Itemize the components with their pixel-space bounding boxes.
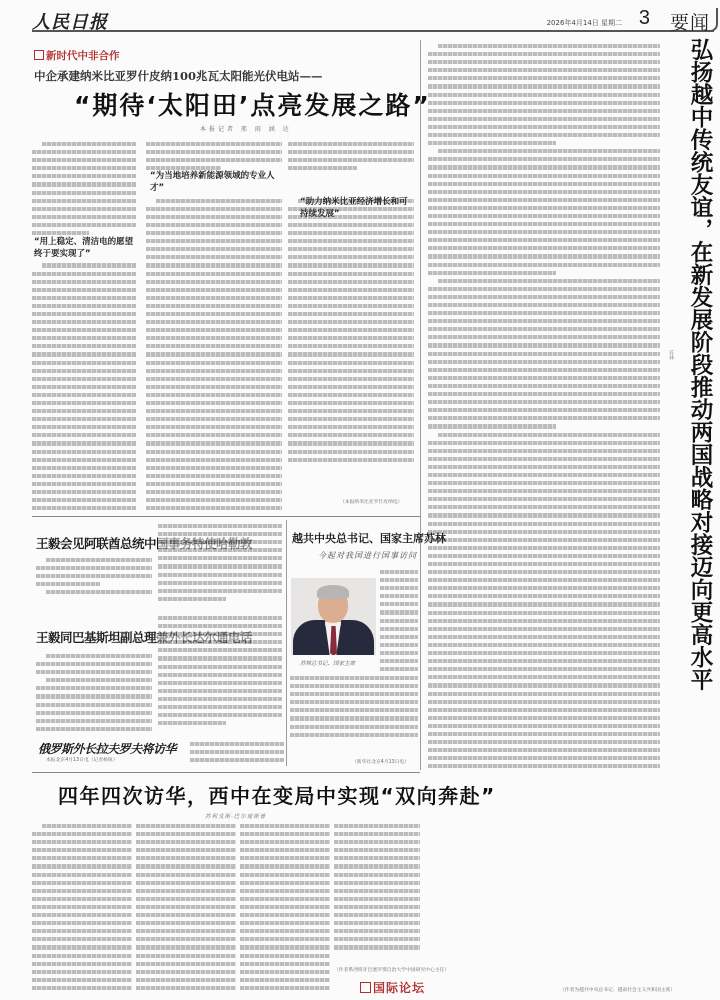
- brief-body-2: [36, 652, 152, 736]
- bio-body: [380, 568, 418, 678]
- issue-date: 2026年4月14日 星期二: [547, 18, 622, 28]
- briefs-divider: [286, 520, 287, 766]
- feature-body-col2: [136, 822, 236, 994]
- story-body-col1: [32, 140, 136, 510]
- commentary-credit: （作者为越共中央总书记、越南社会主义共和国主席）: [560, 986, 675, 993]
- feature-headline[interactable]: 四年四次访华，西中在变局中实现“双向奔赴”: [58, 780, 496, 809]
- story-body-col3: [288, 140, 414, 480]
- newspaper-logo: 人民日报: [32, 8, 108, 34]
- feature-byline: 苏利戈斯·巴尔迪斯普: [205, 812, 266, 820]
- commentary-author: 苏林: [668, 350, 675, 360]
- brief-body-3: [190, 740, 284, 764]
- feature-body-col4: [334, 822, 420, 962]
- story-headline[interactable]: “期待‘太阳田’点亮发展之路”: [74, 86, 431, 122]
- column-label[interactable]: 国际论坛: [360, 979, 425, 996]
- bio-title[interactable]: 越共中央总书记、国家主席苏林: [292, 530, 446, 546]
- story-kicker: 新时代中非合作: [34, 48, 120, 63]
- section-divider: [32, 516, 420, 517]
- masthead-curl-decoration: [710, 8, 718, 32]
- story-credit: （本报纳米比亚罗什皮纳电）: [340, 498, 402, 505]
- bio-credit: （新华社北京4月13日电）: [352, 758, 409, 765]
- feature-body-col1: [32, 822, 132, 994]
- column-logo-icon: [360, 982, 371, 993]
- feature-author-credit: （作者系西班牙巴塞罗那自治大学中国研究中心主任）: [334, 966, 449, 973]
- brief-body-2b: [158, 614, 282, 734]
- column-logo-icon: [34, 50, 44, 60]
- brief-headline-3[interactable]: 俄罗斯外长拉夫罗夫将访华: [38, 740, 176, 757]
- section-subhead-3: “助力纳米比亚经济增长和可持续发展”: [300, 196, 412, 220]
- photo-caption: 苏林总书记、国家主席: [300, 659, 355, 667]
- section-name: 要闻: [670, 8, 710, 35]
- brief-body-1: [36, 556, 152, 600]
- portrait-photo: [291, 578, 376, 655]
- story-body-col2: [146, 140, 282, 510]
- feature-divider: [32, 772, 420, 773]
- masthead: 人民日报 2026年4月14日 星期二 3 要闻: [32, 6, 714, 32]
- column-divider: [420, 40, 421, 770]
- feature-body-col3: [240, 822, 330, 994]
- section-subhead-2: “为当地培养新能源领域的专业人才”: [150, 170, 280, 194]
- page-number: 3: [639, 7, 650, 30]
- commentary-vertical-title[interactable]: 弘扬越中传统友谊，在新发展阶段推动两国战略对接迈向更高水平: [684, 38, 712, 691]
- brief-dateline-3: 本报北京4月13日电（记者杨锐）: [46, 756, 118, 763]
- bio-body-bottom: [290, 674, 418, 754]
- bio-subtitle: 今起对我国进行国事访问: [318, 550, 417, 561]
- section-subhead-1: “用上稳定、清洁电的愿望终于要实现了”: [34, 236, 134, 260]
- story-subhead: 中企承建纳米比亚罗什皮纳100兆瓦太阳能光伏电站——: [34, 68, 323, 84]
- commentary-body-col1: [428, 42, 660, 770]
- story-byline: 本报记者 邢 雨 涵 达: [200, 124, 292, 133]
- brief-body-1b: [158, 522, 282, 606]
